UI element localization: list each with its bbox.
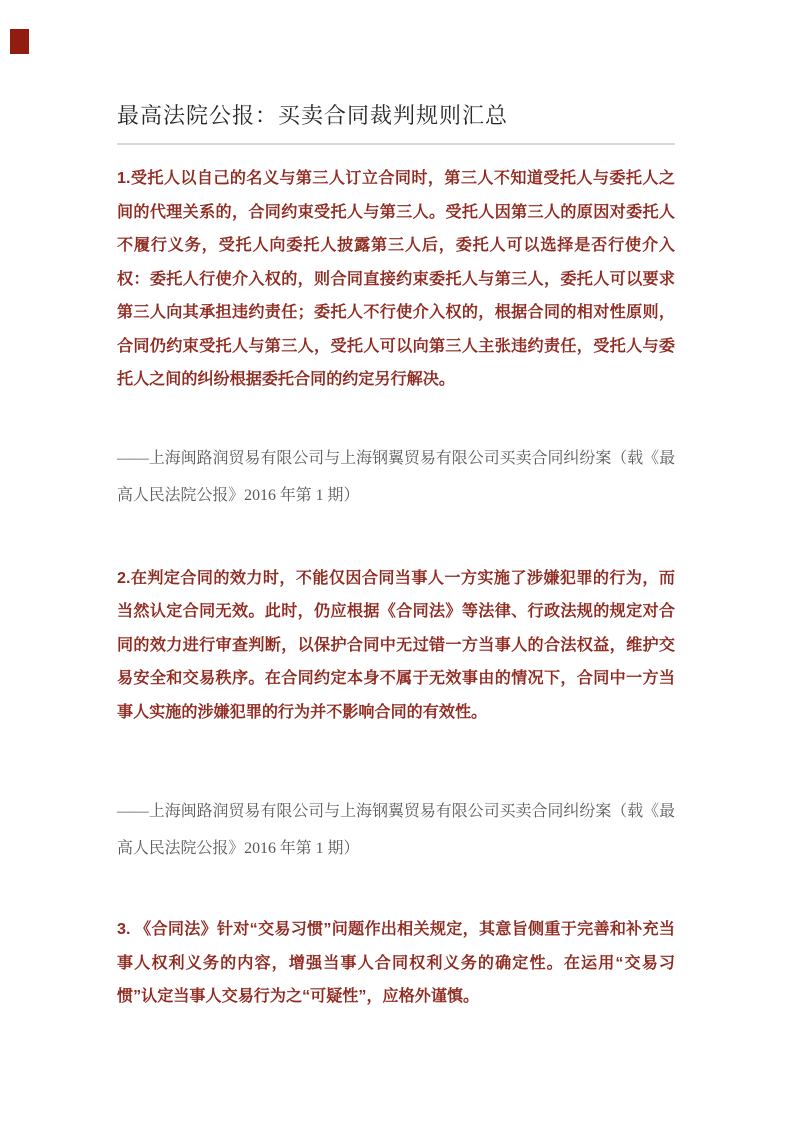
rule-paragraph-2: 2.在判定合同的效力时，不能仅因合同当事人一方实施了涉嫌犯罪的行为，而当然认定合… [117,562,675,730]
document-body: 最高法院公报：买卖合同裁判规则汇总 1.受托人以自己的名义与第三人订立合同时，第… [117,0,675,1014]
case-citation-1: ——上海闽路润贸易有限公司与上海钢翼贸易有限公司买卖合同纠纷案（载《最高人民法院… [117,440,675,514]
rule-paragraph-3: 3. 《合同法》针对“交易习惯”问题作出相关规定，其意旨侧重于完善和补充当事人权… [117,913,675,1014]
page-title: 最高法院公报：买卖合同裁判规则汇总 [117,101,675,145]
rule-paragraph-1: 1.受托人以自己的名义与第三人订立合同时，第三人不知道受托人与委托人之间的代理关… [117,162,675,397]
corner-red-mark [10,29,29,54]
case-citation-2: ——上海闽路润贸易有限公司与上海钢翼贸易有限公司买卖合同纠纷案（载《最高人民法院… [117,793,675,867]
page: { "page": { "background": "#ffffff", "co… [0,0,793,1122]
